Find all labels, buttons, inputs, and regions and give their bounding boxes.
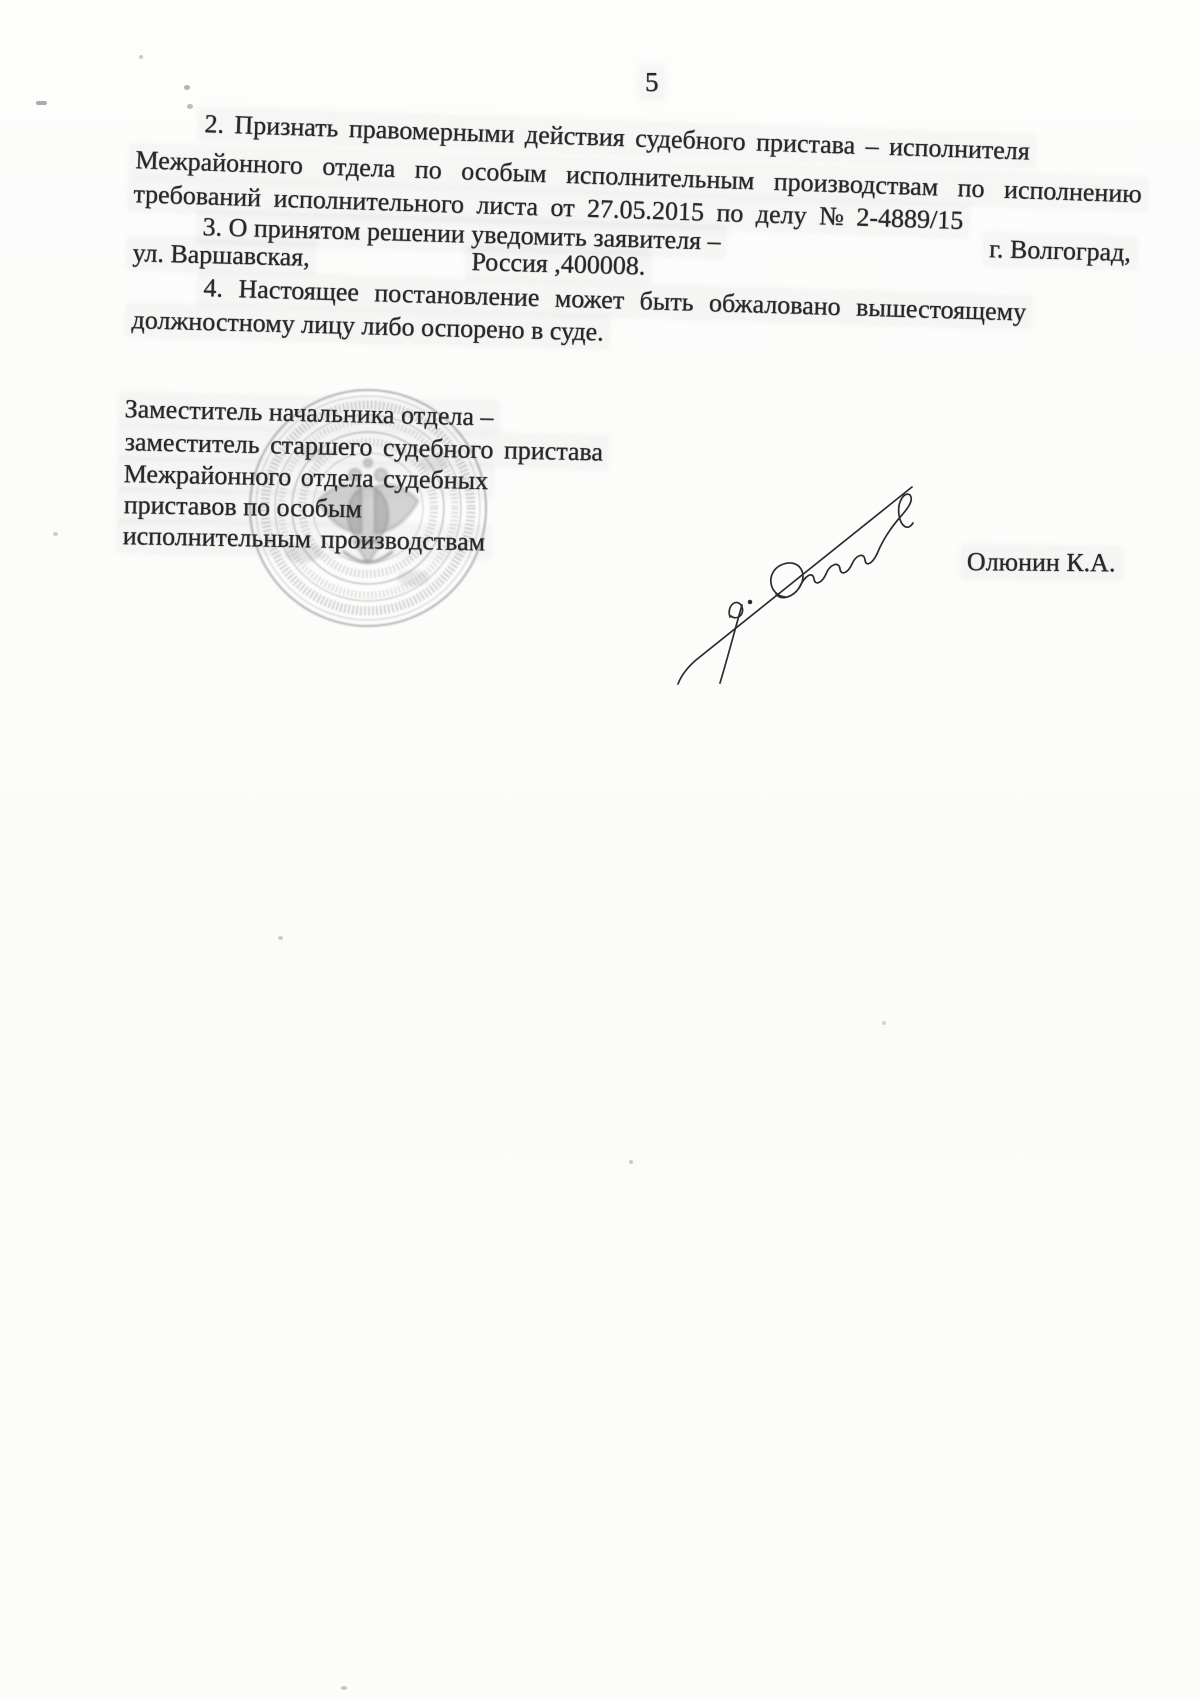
speck [882,1021,886,1025]
signer-name-text: Олюнин К.А. [962,546,1121,579]
speck [184,85,190,90]
speck [341,1686,347,1690]
speck [629,1160,633,1164]
scanned-document-page: 5 2. Признать правомерными действия суде… [0,0,1200,1699]
p3-country-text: Россия ,400008. [466,246,651,283]
p3-city-text: г. Волгоград, [984,233,1136,269]
page-number: 5 [640,66,664,98]
handwritten-signature [650,455,920,695]
speck [36,101,47,105]
p3-street-text: ул. Варшавская, [127,237,315,274]
page-number-text: 5 [640,66,664,98]
sig-title-line5-text: исполнительным производствам [117,520,490,558]
signer-name: Олюнин К.А. [962,546,1121,579]
signature-title-line: исполнительным производствам [117,520,490,558]
speck [278,936,283,940]
speck [187,104,193,109]
speck [53,532,58,536]
speck [139,55,143,59]
